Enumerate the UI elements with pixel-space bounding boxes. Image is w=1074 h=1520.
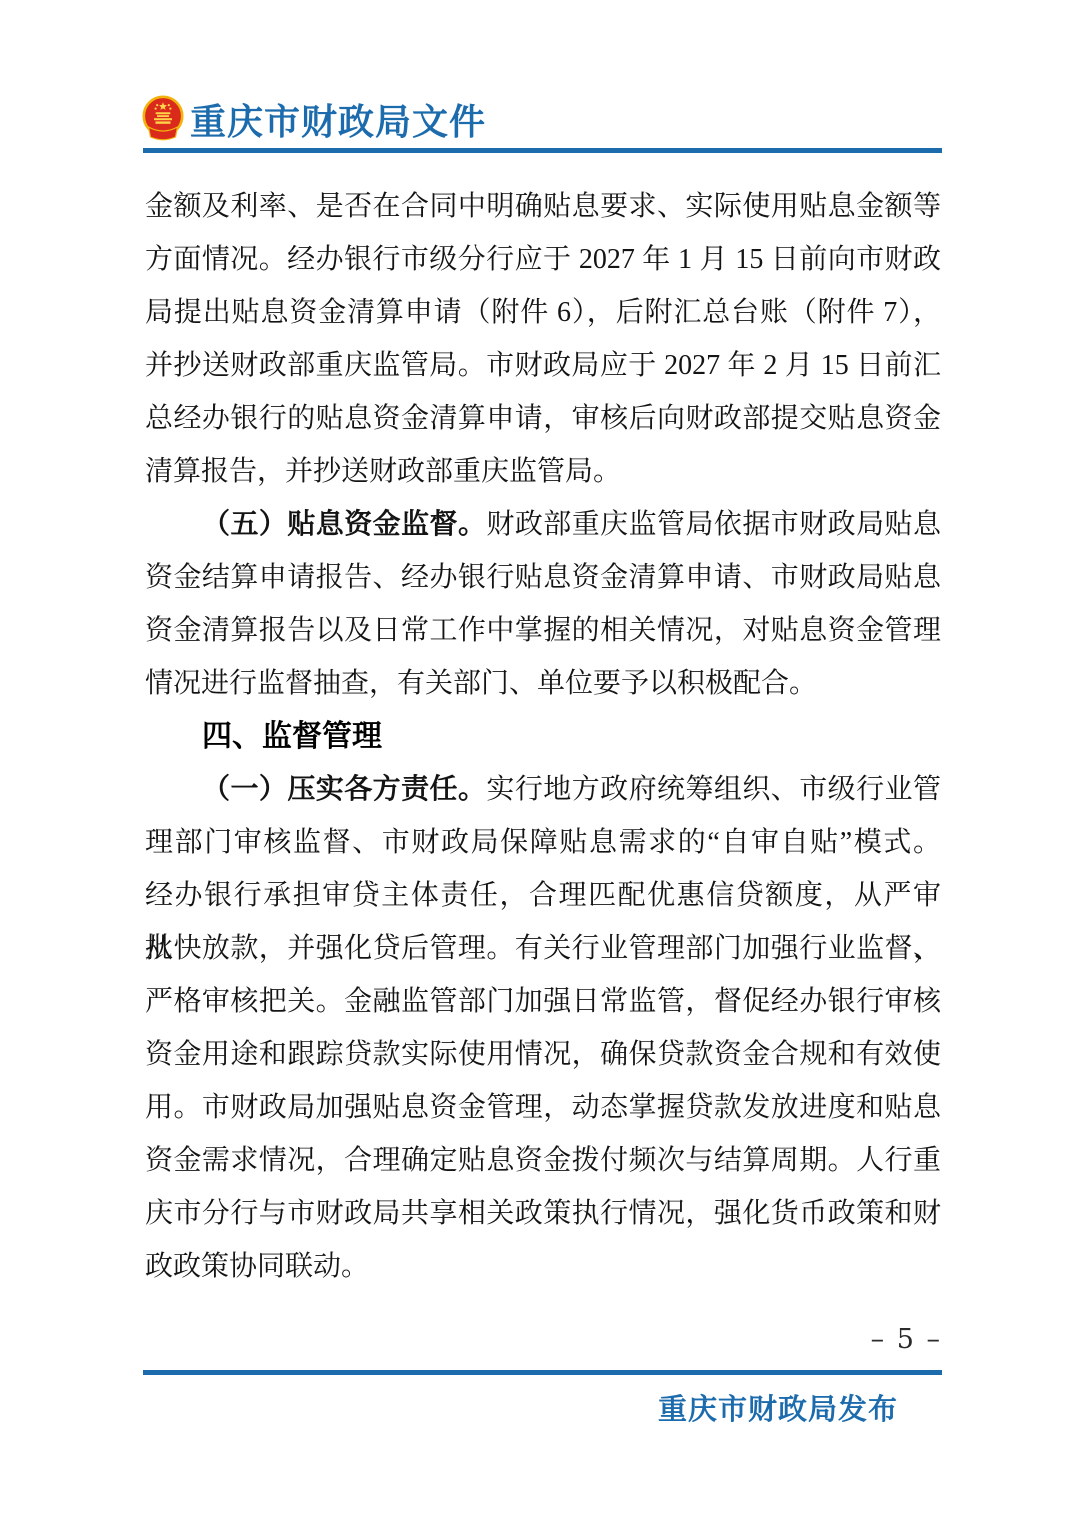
document-line-text: 实行地方政府统筹组织、市级行业管	[486, 774, 941, 805]
document-line: 总经办银行的贴息资金清算申请，审核后向财政部提交贴息资金	[145, 392, 941, 445]
document-line: 严格审核把关。金融监管部门加强日常监管，督促经办银行审核	[145, 975, 941, 1028]
document-line: 理部门审核监督、市财政局保障贴息需求的“自审自贴”模式。	[145, 816, 941, 869]
document-line: 用。市财政局加强贴息资金管理，动态掌握贷款发放进度和贴息	[145, 1081, 941, 1134]
document-line: 清算报告，并抄送财政部重庆监管局。	[145, 445, 941, 498]
section-heading: 四、监督管理	[145, 710, 941, 763]
page-number: – 5 –	[143, 1322, 942, 1358]
document-line: 情况进行监督抽查，有关部门、单位要予以积极配合。	[145, 657, 941, 710]
document-line: 方面情况。经办银行市级分行应于 2027 年 1 月 15 日前向市财政	[145, 233, 941, 286]
document-line: 经办银行承担审贷主体责任，合理匹配优惠信贷额度，从严审批、	[145, 869, 941, 922]
document-line: 并抄送财政部重庆监管局。市财政局应于 2027 年 2 月 15 日前汇	[145, 339, 941, 392]
paragraph-lead: （一）压实各方责任。	[202, 774, 486, 805]
document-line: 从快放款，并强化贷后管理。有关行业管理部门加强行业监督，	[145, 922, 941, 975]
paragraph-lead: （五）贴息资金监督。	[202, 509, 486, 540]
document-line: （一）压实各方责任。实行地方政府统筹组织、市级行业管	[145, 763, 941, 816]
document-body: 金额及利率、是否在合同中明确贴息要求、实际使用贴息金额等 方面情况。经办银行市级…	[145, 180, 941, 1293]
national-emblem-icon	[142, 95, 184, 143]
document-line: 庆市分行与市财政局共享相关政策执行情况，强化货币政策和财	[145, 1187, 941, 1240]
document-line: 政政策协同联动。	[145, 1240, 941, 1293]
document-line: 资金结算申请报告、经办银行贴息资金清算申请、市财政局贴息	[145, 551, 941, 604]
document-line: 资金用途和跟踪贷款实际使用情况，确保贷款资金合规和有效使	[145, 1028, 941, 1081]
document-line: 资金清算报告以及日常工作中掌握的相关情况，对贴息资金管理	[145, 604, 941, 657]
document-line: 局提出贴息资金清算申请（附件 6），后附汇总台账（附件 7），	[145, 286, 941, 339]
document-line: 金额及利率、是否在合同中明确贴息要求、实际使用贴息金额等	[145, 180, 941, 233]
footer-rule	[143, 1370, 942, 1375]
document-line: （五）贴息资金监督。财政部重庆监管局依据市财政局贴息	[145, 498, 941, 551]
document-page: 重庆市财政局文件 金额及利率、是否在合同中明确贴息要求、实际使用贴息金额等 方面…	[0, 0, 1074, 1520]
header-rule	[143, 148, 942, 153]
footer-publisher: 重庆市财政局发布	[143, 1388, 942, 1432]
document-header-title: 重庆市财政局文件	[190, 101, 486, 143]
document-line: 资金需求情况，合理确定贴息资金拨付频次与结算周期。人行重	[145, 1134, 941, 1187]
document-line-text: 财政部重庆监管局依据市财政局贴息	[486, 509, 941, 540]
